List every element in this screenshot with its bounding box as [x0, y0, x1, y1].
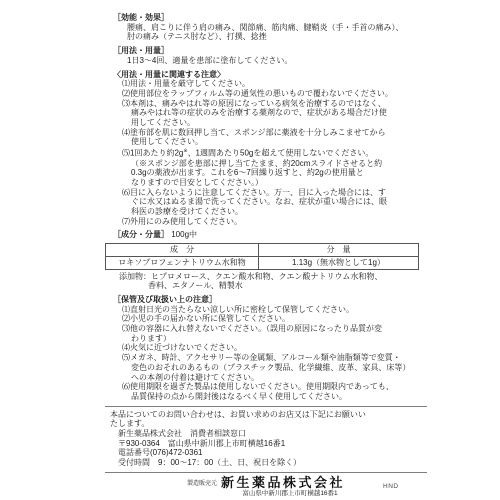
column-header-amount: 分 量	[259, 244, 419, 257]
contact-hours: 受付時間 9：00～17：00（土、日、祝日を除く）	[118, 458, 427, 468]
section-efficacy: ［効能・効果］ 腰痛、肩こりに伴う肩の痛み、関節痛、筋肉痛、腱鞘炎（手・手首の痛…	[105, 13, 427, 42]
dosage-note-6: ⑹目に入らないように注意してください。万一、目に入った場合には、す ぐに水又はぬ…	[122, 188, 427, 217]
dosage-body: 1日3～4回、適量を患部に塗布してください。	[127, 56, 427, 66]
dosage-header: ［用法・用量］	[113, 46, 427, 56]
manufacturer-line: 製造販売元新生薬品株式会社	[105, 478, 427, 490]
storage-note-1: ⑴直射日光の当たらない涼しい所に密栓して保管してください。	[122, 305, 427, 315]
storage-note-6: ⑹使用期限を過ぎた製品は使用しないでください。使用期限内であっても、 品質保持の…	[122, 382, 427, 401]
contact-company: 新生薬品株式会社 消費者相談窓口	[118, 429, 427, 439]
table-row: ロキソプロフェンナトリウム水和物 1.13g（無水物として1g）	[106, 256, 419, 269]
manufacturer-role-label: 製造販売元	[187, 481, 217, 487]
storage-header: ［保管及び取扱い上の注意］	[113, 295, 427, 305]
dosage-note-4: ⑷塗布部を肌に数回押し当て、スポンジ部に薬液を十分しみこませてから 使用してくだ…	[122, 128, 427, 147]
components-table: 成 分 分 量 ロキソプロフェンナトリウム水和物 1.13g（無水物として1g）	[105, 243, 419, 269]
dosage-note-3: ⑶本剤は、痛みやはれ等の原因になっている病気を治療するのではなく、 痛みやはれ等…	[122, 99, 427, 128]
section-ingredients: ［成分・分量］ 100g中 成 分 分 量 ロキソプロフェンナトリウム水和物 1…	[105, 230, 427, 291]
storage-note-3: ⑶他の容器に入れ替えないでください。（誤用の原因になったり品質が変 わります）	[122, 324, 427, 343]
cell-amount: 1.13g（無水物として1g）	[259, 256, 419, 269]
storage-note-2: ⑵小児の手の届かない所に保管してください。	[122, 314, 427, 324]
dosage-note-1: ⑴用法・用量を厳守してください。	[122, 79, 427, 89]
storage-note-4: ⑷火気に近づけないでください。	[122, 343, 427, 353]
section-contact: 本品についてのお問い合わせは、お買い求めのお店又は下記にお願いい たします。 新…	[105, 410, 427, 468]
table-header-row: 成 分 分 量	[106, 244, 419, 257]
dosage-note-2: ⑵使用部位をラップフィルム等の通気性の悪いもので覆わないでください。	[122, 89, 427, 99]
additives-text: 添加物：ヒプロメロース、クエン酸水和物、クエン酸ナトリウム水和物、 香料、エタノ…	[119, 272, 427, 291]
dosage-note-5-text: ⑸1回あたり約2g	[122, 149, 183, 158]
manufacturer-company-name: 新生薬品株式会社	[221, 475, 345, 490]
section-dosage: ［用法・用量］ 1日3～4回、適量を患部に塗布してください。	[105, 46, 427, 65]
drug-label-page: ［効能・効果］ 腰痛、肩こりに伴う肩の痛み、関節痛、筋肉痛、腱鞘炎（手・手首の痛…	[0, 0, 500, 500]
contact-phone: 電話番号(076)472-0361	[118, 448, 427, 458]
separator-line-bottom	[105, 472, 427, 473]
dosage-notes-header: 〈用法・用量に関連する注意〉	[113, 70, 427, 80]
section-dosage-notes: 〈用法・用量に関連する注意〉 ⑴用法・用量を厳守してください。 ⑵使用部位をラッ…	[105, 70, 427, 227]
ingredients-basis: 100g中	[171, 230, 197, 239]
manufacturer-block: 製造販売元新生薬品株式会社 富山県中新川郡上市町横越16番1	[105, 478, 427, 498]
dosage-note-5: ⑸1回あたり約2g※、1週間あたり50gを超えて使用しないでください。 （※スポ…	[122, 147, 427, 187]
contact-intro: 本品についてのお問い合わせは、お買い求めのお店又は下記にお願いい たします。	[110, 410, 427, 429]
drug-information-document: ［効能・効果］ 腰痛、肩こりに伴う肩の痛み、関節痛、筋肉痛、腱鞘炎（手・手首の痛…	[105, 13, 427, 498]
column-header-component: 成 分	[106, 244, 259, 257]
manufacturer-address: 富山県中新川郡上市町横越16番1	[129, 490, 451, 498]
storage-note-5: ⑸メガネ、時計、アクセサリー等の金属類、アルコール類や油脂類等で変質・ 変色のお…	[122, 353, 427, 382]
separator-line-top	[105, 406, 427, 407]
dosage-note-7: ⑺外用にのみ使用してください。	[122, 217, 427, 227]
section-storage: ［保管及び取扱い上の注意］ ⑴直射日光の当たらない涼しい所に密栓して保管してくだ…	[105, 295, 427, 402]
document-code: HND	[383, 482, 399, 492]
efficacy-header: ［効能・効果］	[113, 13, 427, 23]
ingredients-header-line: ［成分・分量］ 100g中	[113, 230, 427, 240]
cell-component: ロキソプロフェンナトリウム水和物	[106, 256, 259, 269]
ingredients-header: ［成分・分量］	[113, 230, 169, 239]
efficacy-body: 腰痛、肩こりに伴う肩の痛み、関節痛、筋肉痛、腱鞘炎（手・手首の痛み）、 肘の痛み…	[127, 23, 427, 42]
